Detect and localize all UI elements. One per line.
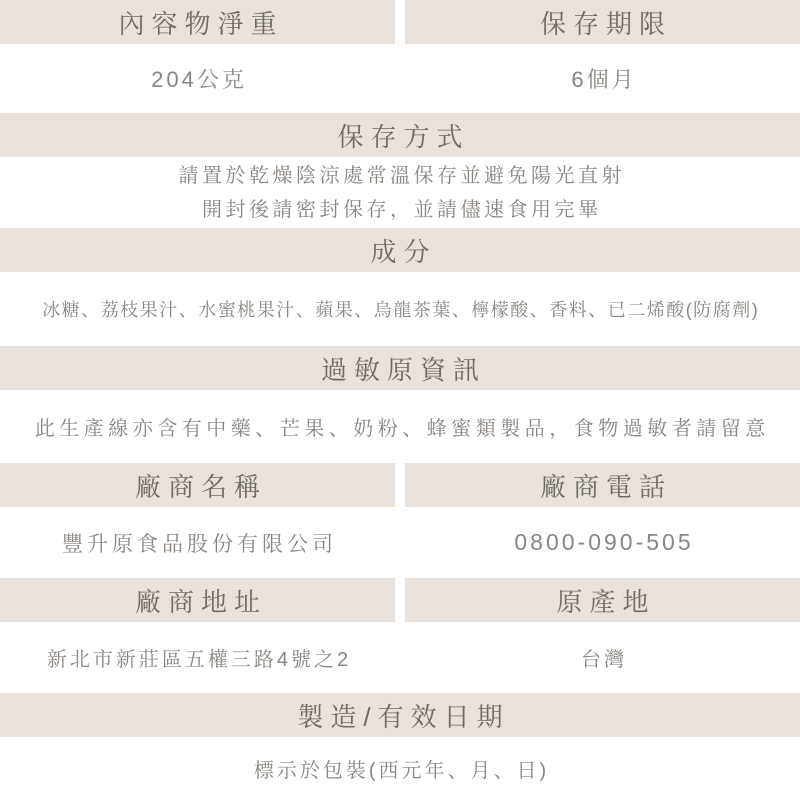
mfg-expiry-date-value: 標示於包裝(西元年、月、日) <box>251 754 549 783</box>
product-info-table: 內容物淨重 保存期限 204公克 6個月 保存方式 請置於乾燥陰涼處常溫保存並避… <box>0 0 800 800</box>
net-weight-header: 內容物淨重 <box>111 4 283 41</box>
column-gap <box>395 463 405 507</box>
manufacturer-phone-value-cell: 0800-090-505 <box>405 529 800 556</box>
origin-header: 原產地 <box>549 582 655 619</box>
origin-header-cell: 原產地 <box>405 578 800 622</box>
header-band-storage-method: 保存方式 <box>0 113 800 157</box>
shelf-life-value: 6個月 <box>568 63 636 94</box>
allergen-info-header: 過敏原資訊 <box>314 350 486 387</box>
section-allergen-info: 過敏原資訊 此生產線亦含有中藥、芒果、奶粉、蜂蜜類製品，食物過敏者請留意 <box>0 346 800 463</box>
section-mfg-expiry-date: 製造/有效日期 標示於包裝(西元年、月、日) <box>0 693 800 800</box>
header-band-net-weight-shelf-life: 內容物淨重 保存期限 <box>0 0 800 44</box>
manufacturer-address-value-cell: 新北市新莊區五權三路4號之2 <box>0 643 395 672</box>
header-band-mfg-expiry-date: 製造/有效日期 <box>0 693 800 737</box>
header-band-address-origin: 廠商地址 原產地 <box>0 578 800 622</box>
storage-method-line-1: 請置於乾燥陰涼處常溫保存並避免陽光直射 <box>175 159 625 193</box>
storage-method-header: 保存方式 <box>330 117 469 154</box>
section-ingredients: 成分 冰糖、荔枝果汁、水蜜桃果汁、蘋果、烏龍茶葉、檸檬酸、香料、已二烯酸(防腐劑… <box>0 228 800 346</box>
net-weight-value-cell: 204公克 <box>0 63 395 94</box>
manufacturer-phone-header-cell: 廠商電話 <box>405 463 800 507</box>
origin-value: 台灣 <box>578 643 627 672</box>
section-storage-method: 保存方式 請置於乾燥陰涼處常溫保存並避免陽光直射 開封後請密封保存，並請儘速食用… <box>0 113 800 228</box>
shelf-life-header-cell: 保存期限 <box>405 0 800 44</box>
manufacturer-address-header: 廠商地址 <box>128 582 267 619</box>
manufacturer-name-value: 豐升原食品股份有限公司 <box>58 528 337 558</box>
shelf-life-header: 保存期限 <box>533 4 672 41</box>
values-manufacturer: 豐升原食品股份有限公司 0800-090-505 <box>0 507 800 578</box>
header-band-ingredients: 成分 <box>0 228 800 272</box>
manufacturer-address-value: 新北市新莊區五權三路4號之2 <box>44 643 351 672</box>
section-net-weight-shelf-life: 內容物淨重 保存期限 204公克 6個月 <box>0 0 800 113</box>
manufacturer-address-header-cell: 廠商地址 <box>0 578 395 622</box>
net-weight-value: 204公克 <box>148 63 247 94</box>
manufacturer-phone-header: 廠商電話 <box>533 467 672 504</box>
values-storage-method: 請置於乾燥陰涼處常溫保存並避免陽光直射 開封後請密封保存，並請儘速食用完畢 <box>0 157 800 228</box>
values-mfg-expiry-date: 標示於包裝(西元年、月、日) <box>0 737 800 800</box>
allergen-info-value: 此生產線亦含有中藥、芒果、奶粉、蜂蜜類製品，食物過敏者請留意 <box>30 412 770 441</box>
header-band-manufacturer: 廠商名稱 廠商電話 <box>0 463 800 507</box>
net-weight-header-cell: 內容物淨重 <box>0 0 395 44</box>
manufacturer-phone-value: 0800-090-505 <box>511 529 693 556</box>
shelf-life-value-cell: 6個月 <box>405 63 800 94</box>
ingredients-value: 冰糖、荔枝果汁、水蜜桃果汁、蘋果、烏龍茶葉、檸檬酸、香料、已二烯酸(防腐劑) <box>41 296 760 322</box>
section-manufacturer: 廠商名稱 廠商電話 豐升原食品股份有限公司 0800-090-505 <box>0 463 800 578</box>
mfg-expiry-date-header: 製造/有效日期 <box>290 697 509 734</box>
manufacturer-name-value-cell: 豐升原食品股份有限公司 <box>0 528 395 558</box>
storage-method-line-2: 開封後請密封保存，並請儘速食用完畢 <box>199 193 602 227</box>
values-ingredients: 冰糖、荔枝果汁、水蜜桃果汁、蘋果、烏龍茶葉、檸檬酸、香料、已二烯酸(防腐劑) <box>0 272 800 346</box>
manufacturer-name-header-cell: 廠商名稱 <box>0 463 395 507</box>
values-net-weight-shelf-life: 204公克 6個月 <box>0 44 800 113</box>
section-address-origin: 廠商地址 原產地 新北市新莊區五權三路4號之2 台灣 <box>0 578 800 693</box>
manufacturer-name-header: 廠商名稱 <box>128 467 267 504</box>
header-band-allergen-info: 過敏原資訊 <box>0 346 800 390</box>
values-address-origin: 新北市新莊區五權三路4號之2 台灣 <box>0 622 800 693</box>
column-gap <box>395 578 405 622</box>
values-allergen-info: 此生產線亦含有中藥、芒果、奶粉、蜂蜜類製品，食物過敏者請留意 <box>0 390 800 463</box>
origin-value-cell: 台灣 <box>405 643 800 672</box>
column-gap <box>395 0 405 44</box>
ingredients-header: 成分 <box>363 232 436 269</box>
